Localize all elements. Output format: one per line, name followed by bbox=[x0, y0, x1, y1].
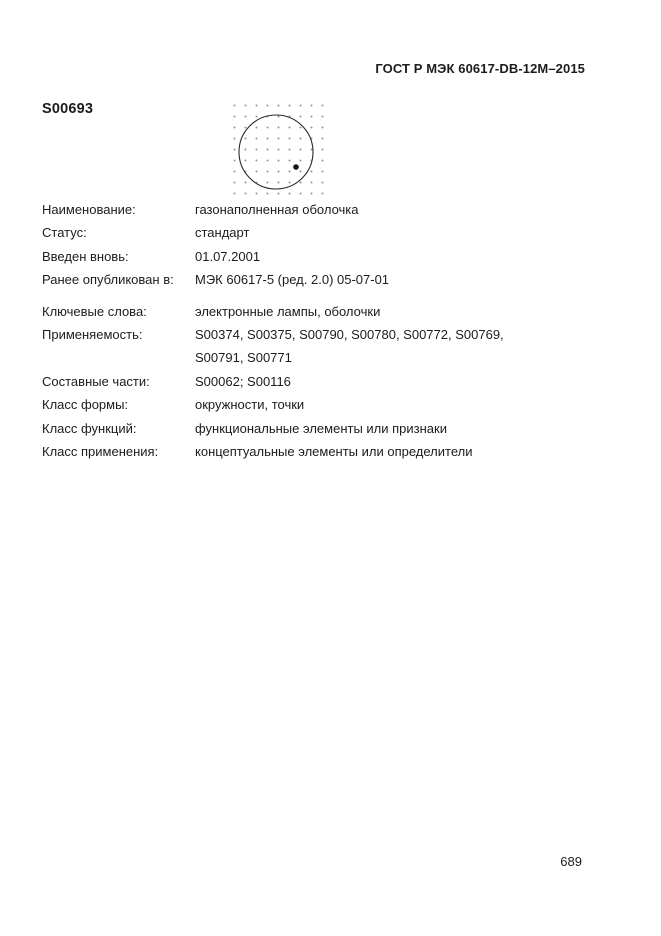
field-row-function-class: Класс функций: функциональные элементы и… bbox=[42, 417, 587, 440]
field-row-introduced: Введен вновь: 01.07.2001 bbox=[42, 245, 587, 268]
field-value: S00062; S00116 bbox=[195, 370, 587, 393]
field-row-components: Составные части: S00062; S00116 bbox=[42, 370, 587, 393]
field-label: Ключевые слова: bbox=[42, 300, 195, 323]
field-row-name: Наименование: газонаполненная оболочка bbox=[42, 198, 587, 221]
field-label: Ранее опубликован в: bbox=[42, 268, 195, 291]
field-value: стандарт bbox=[195, 221, 587, 244]
envelope-circle-shape bbox=[239, 115, 313, 189]
field-value: МЭК 60617-5 (ред. 2.0) 05-07-01 bbox=[195, 268, 587, 291]
field-value: газонаполненная оболочка bbox=[195, 198, 587, 221]
field-list: Наименование: газонаполненная оболочка С… bbox=[42, 198, 587, 463]
symbol-figure bbox=[228, 98, 325, 198]
field-row-keywords: Ключевые слова: электронные лампы, оболо… bbox=[42, 300, 587, 323]
field-label: Введен вновь: bbox=[42, 245, 195, 268]
document-page: ГОСТ Р МЭК 60617-DB-12М–2015 S00693 Наим… bbox=[0, 0, 661, 936]
field-label: Применяемость: bbox=[42, 323, 195, 346]
field-value: S00374, S00375, S00790, S00780, S00772, … bbox=[195, 323, 587, 370]
inner-dot-shape bbox=[293, 164, 299, 170]
page-number: 689 bbox=[560, 854, 582, 869]
field-value: концептуальные элементы или определители bbox=[195, 440, 587, 463]
field-label: Статус: bbox=[42, 221, 195, 244]
field-row-shape-class: Класс формы: окружности, точки bbox=[42, 393, 587, 416]
circle-with-dot-symbol bbox=[228, 98, 325, 198]
field-row-previously-published: Ранее опубликован в: МЭК 60617-5 (ред. 2… bbox=[42, 268, 587, 291]
field-label: Наименование: bbox=[42, 198, 195, 221]
field-value: окружности, точки bbox=[195, 393, 587, 416]
field-value: функциональные элементы или признаки bbox=[195, 417, 587, 440]
field-label: Класс функций: bbox=[42, 417, 195, 440]
field-row-status: Статус: стандарт bbox=[42, 221, 587, 244]
field-row-applicability: Применяемость: S00374, S00375, S00790, S… bbox=[42, 323, 587, 370]
field-label: Класс применения: bbox=[42, 440, 195, 463]
document-header-title: ГОСТ Р МЭК 60617-DB-12М–2015 bbox=[375, 61, 585, 76]
field-label: Класс формы: bbox=[42, 393, 195, 416]
field-row-application-class: Класс применения: концептуальные элемент… bbox=[42, 440, 587, 463]
field-label: Составные части: bbox=[42, 370, 195, 393]
field-value: 01.07.2001 bbox=[195, 245, 587, 268]
field-value: электронные лампы, оболочки bbox=[195, 300, 587, 323]
symbol-id: S00693 bbox=[42, 101, 93, 117]
